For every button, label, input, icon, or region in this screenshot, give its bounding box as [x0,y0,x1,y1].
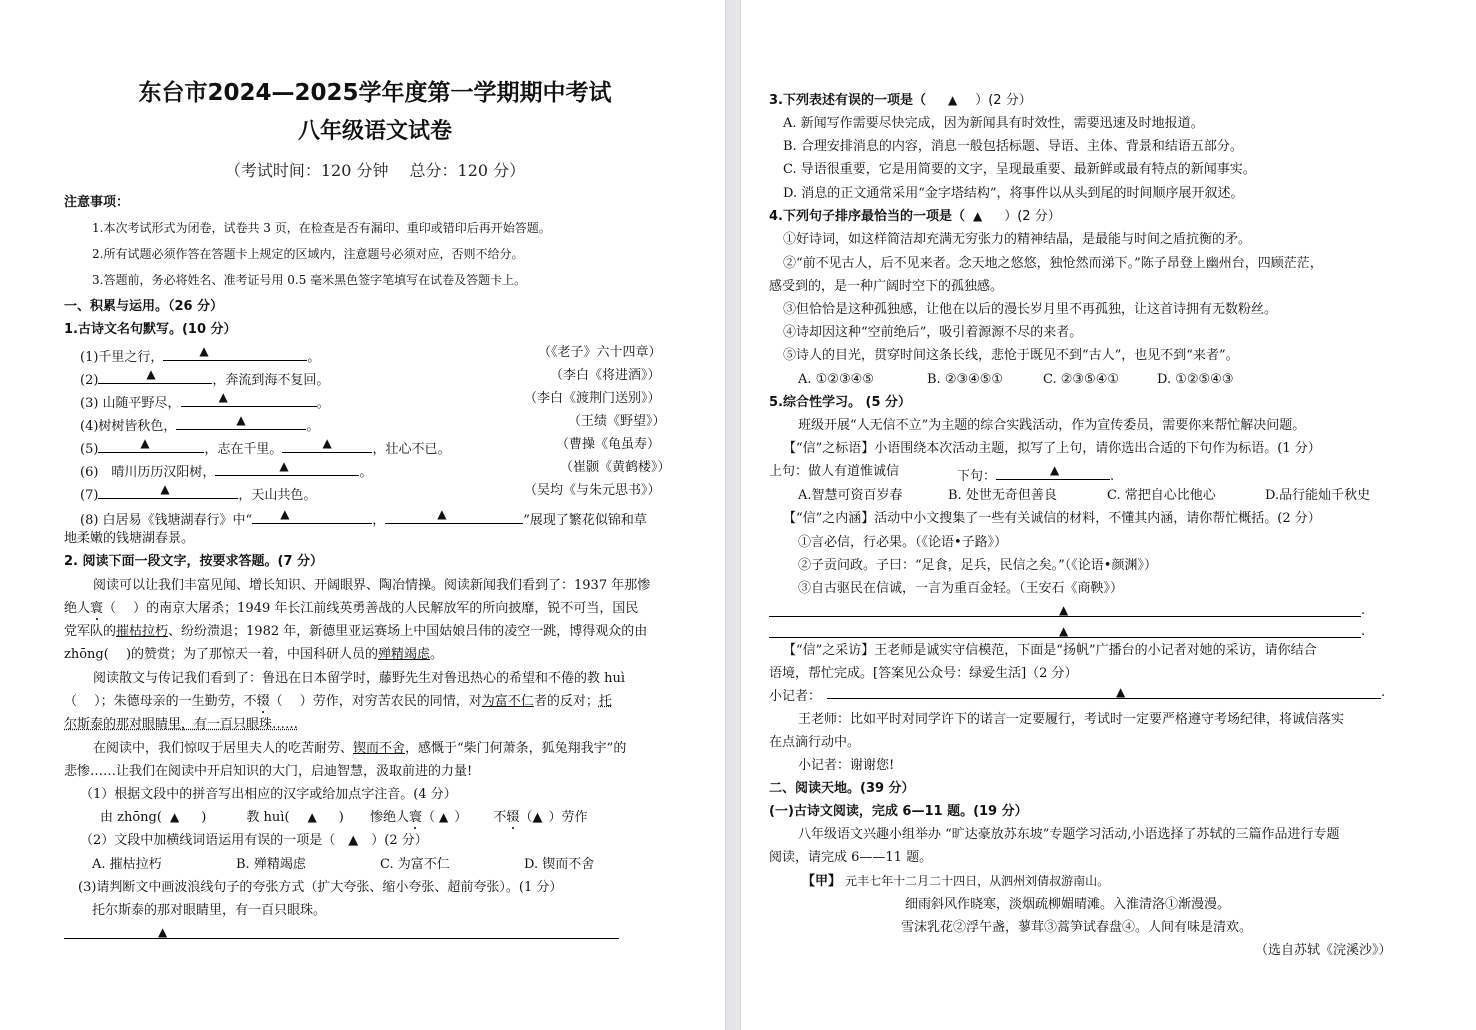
choice-option[interactable]: C. 常把自心比他心 [1107,487,1216,505]
slogan-upper-line: 上句：做人有道惟诚信 [769,463,899,481]
exam-time-info: （考试时间：120 分钟 总分：120 分） [0,158,750,181]
sentence-item: 感受到的，是一种广阔时空下的孤独感。 [769,278,1003,296]
choice-option[interactable]: B. 合理安排消息的内容，消息一般包括标题、导语、主体、背景和结语五部分。 [783,138,1243,156]
answer-marker-icon[interactable]: ▲ [439,810,448,824]
choice-option[interactable]: A.智慧可资百岁春 [798,487,903,505]
answer-line[interactable] [827,698,1381,699]
quote-item: ②子贡问政。子曰：“足食，足兵，民信之矣。”（《论语•颜渊》） [798,557,1157,575]
choice-option[interactable]: B. 处世无奇但善良 [948,487,1057,505]
answer-blank[interactable]: ▲ [385,507,523,524]
answer-blank[interactable]: ▲ [98,482,238,499]
source-reference: （吴均《与朱元思书》） [524,482,661,500]
section-heading: 一、积累与运用。（26 分） [64,298,223,316]
quote-item: ①言必信，行必果。（《论语•子路》） [798,534,1007,552]
answer-blank[interactable]: ▲ [181,390,317,407]
choice-option[interactable]: B. ②③④⑤① [927,371,1003,389]
task-prompt: 【“信”之内涵】活动中小文搜集了一些有关诚信的材料，不懂其内涵，请你帮忙概括。(… [783,510,1321,528]
fill-in-item: (4)树树皆秋色，▲。 [80,413,319,436]
wavy-underlined-sentence: 托 [599,694,612,709]
quote-item: ③自古驱民在信诚，一言为重百金轻。（王安石《商鞅》） [798,580,1123,598]
passage-line: 阅读，请完成 6——11 题。 [769,849,932,867]
choice-option[interactable]: D. 锲而不舍 [524,856,594,874]
notice-item: 3.答题前，务必将姓名、准考证号用 0.5 毫米黑色签字笔填写在试卷及答题卡上。 [92,272,526,289]
answer-blank[interactable]: ▲ [98,367,212,384]
answer-marker-icon: ▲ [160,482,169,496]
source-reference: （《老子》六十四章） [538,344,662,362]
line-end-period: . [1361,623,1365,641]
answer-marker-icon: ▲ [140,436,149,450]
passage-line: 绝人寰（ ）的南京大屠杀；1949 年长江前线英勇善战的人民解放军的所向披靡，锐… [64,600,638,618]
answer-blank[interactable]: ▲ [215,459,359,476]
underlined-phrase: 锲而不舍 [353,741,405,756]
line-end-period: . [1381,684,1385,702]
answer-marker-icon[interactable]: ▲ [948,93,957,107]
answer-marker-icon: ▲ [146,367,155,381]
sub-question: (3)请判断文中画波浪线句子的夸张方式（扩大夸张、缩小夸张、超前夸张）。(1 分… [78,879,562,897]
answer-marker-icon: ▲ [1059,603,1068,617]
reporter-label: 小记者： [769,688,821,706]
answer-marker-icon[interactable]: ▲ [973,209,982,223]
source-reference: （李白《将进酒》） [550,367,661,385]
fill-in-item: (7)▲，天山共色。 [80,482,316,505]
emphasis-dot-char: 辍 [257,694,270,709]
answer-marker-icon: ▲ [158,925,167,939]
answer-line[interactable] [769,637,1361,638]
underlined-phrase: 摧枯拉朽 [116,624,168,639]
sentence-item: ③但恰恰是这种孤独感，让他在以后的漫长岁月里不再孤独，让这首诗拥有无数粉丝。 [783,301,1277,319]
answer-marker-icon: ▲ [1050,463,1059,477]
fill-in-item: (2)▲，奔流到海不复回。 [80,367,329,390]
fill-in-item-continued: 地柔嫩的钱塘湖春景。 [64,530,194,548]
source-reference: （崔颢《黄鹤楼》） [560,459,671,477]
passage-line: （ ）；朱德母亲的一生勤劳，不辍（ ）劳作，对穷苦农民的同情，对为富不仁者的反对… [64,693,612,711]
source-reference: （李白《渡荆门送别》） [524,390,661,408]
poem-label: 【甲】 [802,874,841,889]
question-heading: 3.下列表述有误的一项是（▲）(2 分） [769,92,1032,110]
question-heading: 5.综合性学习。 (5 分） [769,394,911,412]
fill-in-item: (1)千里之行，▲。 [80,344,320,367]
sub-section-heading: (一)古诗文阅读，完成 6—11 题。(19 分） [769,803,1028,821]
answer-marker-icon: ▲ [199,344,208,358]
answer-marker-icon: ▲ [236,413,245,427]
emphasis-dot-char: 辍 [506,810,519,825]
question-heading: 1.古诗文名句默写。(10 分） [64,321,237,339]
emphasis-dot-char: 寰 [90,601,103,616]
notice-heading: 注意事项： [64,194,129,212]
emphasis-dot-char: 寰 [409,810,422,825]
passage-line: 在阅读中，我们惊叹于居里夫人的吃苦耐劳、锲而不舍，感慨于“柴门何萧条，狐兔翔我宇… [93,740,626,758]
underlined-phrase: 为富不仁 [482,694,534,709]
sub-question-answers: 由 zhōng(▲) 教 huì(▲) 惨绝人寰（▲） 不辍（▲）劳作 [100,809,587,827]
answer-blank[interactable]: ▲ [98,436,204,453]
answer-line[interactable] [64,938,619,939]
passage-line: 尔斯泰的那对眼睛里，有一百只眼珠…… [64,716,298,734]
answer-marker-icon[interactable]: （▲ [519,810,542,825]
passage-line: 八年级语文兴趣小组举办 “旷达豪放苏东坡”专题学习活动,小语选择了苏轼的三篇作品… [798,826,1340,844]
sentence-item: ⑤诗人的目光，贯穿时间这条长线，悲怆于既见不到“古人”，也见不到“来者”。 [783,347,1239,365]
question-heading: 4.下列句子排序最恰当的一项是（▲）(2 分） [769,208,1061,226]
sentence-item: ①好诗词，如这样简洁却充满无穷张力的精神结晶，是最能与时间之盾抗衡的矛。 [783,231,1251,249]
answer-marker-icon: ▲ [219,390,228,404]
page-gutter [725,0,741,1030]
notice-item: 1.本次考试形式为闭卷，试卷共 3 页，在检查是否有漏印、重印或错印后再开始答题… [92,220,551,237]
sub-question: （2）文段中加横线词语运用有误的一项是（ ▲ ）(2 分） [80,832,428,850]
source-reference: （王绩《野望》） [568,413,666,431]
answer-blank[interactable]: ▲ [252,507,372,524]
quoted-sentence: 托尔斯泰的那对眼睛里，有一百只眼珠。 [92,902,326,920]
sentence-item: ④诗却因这种“空前绝后”，吸引着源源不尽的来者。 [783,324,1082,342]
notice-item: 2.所有试题必须作答在答题卡上规定的区域内，注意题号必须对应，否则不给分。 [92,246,523,263]
underlined-phrase: 殚精竭虑 [378,647,430,662]
answer-marker-icon[interactable]: ▲ [308,810,317,824]
choice-option[interactable]: C. ②③⑤④① [1043,371,1119,389]
sentence-item: ②“前不见古人，后不见来者。念天地之悠悠，独怆然而涕下。”陈子昂登上幽州台，四顾… [783,255,1323,273]
poem-line: 细雨斜风作晓寒，淡烟疏柳媚晴滩。入淮清洛①渐漫漫。 [905,896,1230,914]
answer-marker-icon: ▲ [437,507,446,521]
sub-question: （1）根据文段中的拼音写出相应的汉字或给加点字注音。(4 分） [80,786,457,804]
exam-title: 东台市2024—2025学年度第一学期期中考试 [0,74,750,107]
answer-line[interactable] [769,616,1361,617]
answer-marker-icon: ▲ [280,507,289,521]
answer-marker-icon: ▲ [1059,624,1068,638]
choice-option[interactable]: C. 为富不仁 [380,856,450,874]
answer-marker-icon[interactable]: ▲ [170,810,179,824]
passage-line: 班级开展“人无信不立”为主题的综合实践活动，作为宣传委员，需要你来帮忙解决问题。 [798,417,1305,435]
answer-blank[interactable]: ▲ [176,413,306,430]
task-prompt: 语境，帮忙完成。[答案见公众号：绿爱生活]（2 分） [769,665,1078,683]
fill-in-item: (8) 白居易《钱塘湖春行》中“▲，▲”展现了繁花似锦和草 [80,507,647,530]
choice-option[interactable]: A. 新闻写作需要尽快完成，因为新闻具有时效性，需要迅速及时地报道。 [783,115,1204,133]
answer-marker-icon: ▲ [1116,685,1125,699]
fill-in-item: (6) 晴川历历汉阳树，▲。 [80,459,372,482]
passage-line: 党军队的摧枯拉朽、纷纷溃退；1982 年，新德里亚运赛场上中国姑娘吕伟的凌空一跳… [64,623,647,641]
passage-line: zhōng( )的赞赏；为了那惊天一着，中国科研人员的殚精竭虑。 [64,646,443,664]
exam-page-1: 东台市2024—2025学年度第一学期期中考试 八年级语文试卷 （考试时间：12… [0,0,725,1030]
task-prompt: 【“信”之采访】王老师是诚实守信模范，下面是“扬帆”广播台的小记者对她的采访，请… [783,642,1317,660]
choice-option[interactable]: B. 殚精竭虑 [236,856,306,874]
fill-in-item: (3) 山随平野尽，▲。 [80,390,330,413]
answer-blank[interactable]: ▲ [996,463,1110,480]
choice-option[interactable]: C. 导语很重要，它是用简要的文字，呈现最重要、最新鲜或最有特点的新闻事实。 [783,161,1256,179]
passage-line: 阅读可以让我们丰富见闻、增长知识、开阔眼界、陶冶情操。阅读新闻我们看到了：193… [93,577,650,595]
dialogue-line: 在点滴行动中。 [769,734,860,752]
slogan-lower-line: 下句：▲. [957,463,1114,486]
poem-source: （选自苏轼《浣溪沙》） [1255,942,1392,960]
answer-marker-icon: ▲ [279,459,288,473]
passage-line: 悲惨……让我们在阅读中开启知识的大门，启迪智慧，汲取前进的力量! [64,763,472,781]
source-reference: （曹操《龟虽寿） [556,436,660,454]
exam-subject-title: 八年级语文试卷 [0,114,750,145]
dialogue-line: 王老师：比如平时对同学许下的诺言一定要履行，考试时一定要严格遵守考场纪律，将诚信… [798,711,1344,729]
section-heading: 二、阅读天地。(39 分） [769,780,915,798]
poem-preface: 【甲】 元丰七年十二月二十四日，从泗州刘倩叔游南山。 [802,872,1109,891]
choice-option[interactable]: D. ①②⑤④③ [1157,371,1234,389]
line-end-period: . [1361,602,1365,620]
answer-blank[interactable]: ▲ [163,344,307,361]
choice-option[interactable]: D.品行能灿千秋史 [1265,487,1370,505]
question-heading: 2. 阅读下面一段文字，按要求答题。(7 分） [64,553,323,571]
answer-marker-icon: ▲ [322,436,331,450]
poem-line: 雪沫乳花②浮午盏，蓼茸③蒿笋试春盘④。人间有味是清欢。 [901,919,1252,937]
choice-option[interactable]: A. ①②③④⑤ [798,371,874,389]
fill-in-item: (5)▲，志在千里。▲，壮心不已。 [80,436,450,459]
choice-option[interactable]: D. 消息的正文通常采用“金字塔结构”，将事件以从头到尾的时间顺序展开叙述。 [783,185,1244,203]
passage-line: 阅读散文与传记我们看到了：鲁迅在日本留学时，藤野先生对鲁迅热心的希望和不倦的教 … [93,670,625,688]
task-prompt: 【“信”之标语】小语围绕本次活动主题，拟写了上句，请你选出合适的下句作为标语。(… [783,440,1321,458]
answer-blank[interactable]: ▲ [282,436,372,453]
choice-option[interactable]: A. 摧枯拉朽 [92,856,162,874]
wavy-underlined-sentence: 尔斯泰的那对眼睛里，有一百只眼珠…… [64,717,298,732]
dialogue-line: 小记者：谢谢您! [798,757,894,775]
